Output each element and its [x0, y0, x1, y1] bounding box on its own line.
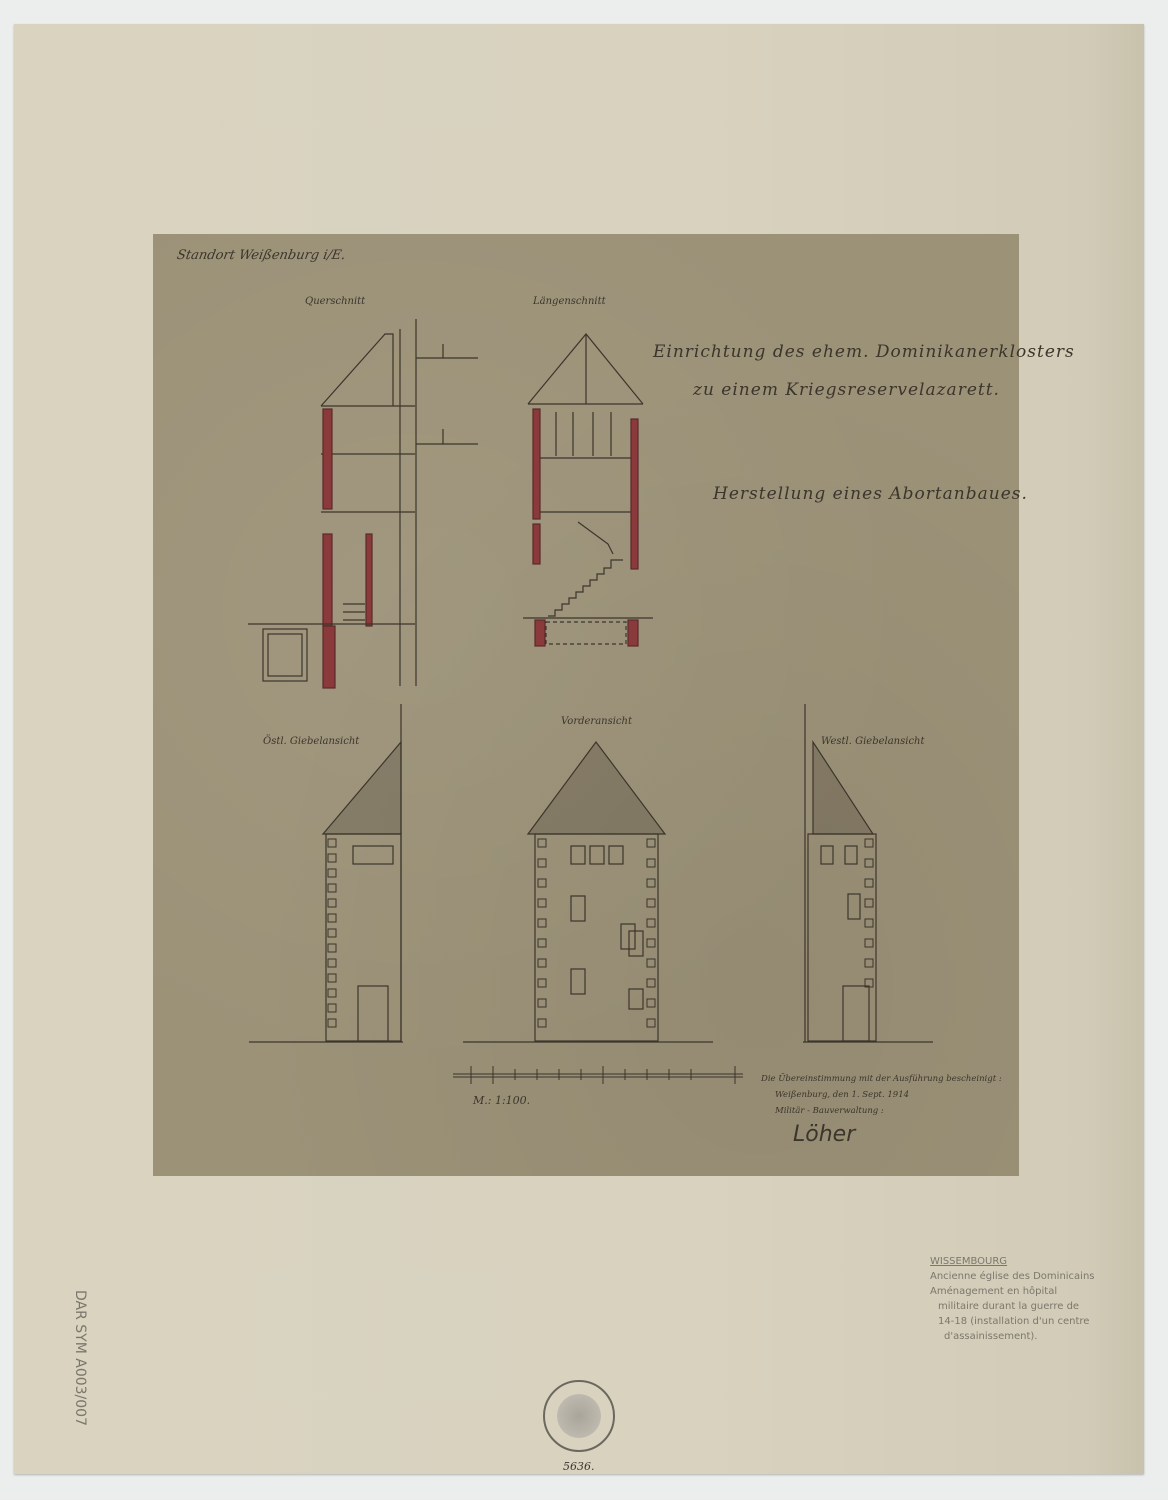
architectural-drawings [153, 234, 1019, 1176]
drawing-sheet: Standort Weißenburg i/E. Querschnitt Län… [153, 234, 1019, 1176]
archive-note-line: d'assainissement). [930, 1329, 1095, 1344]
archive-note-line: militaire durant la guerre de [930, 1299, 1095, 1314]
signature: Löher [793, 1122, 855, 1147]
certification-line-2: Weißenburg, den 1. Sept. 1914 [775, 1090, 909, 1100]
certification-line-3: Militär - Bauverwaltung : [775, 1106, 884, 1116]
archive-reference: DAR SYM A003/007 [72, 1290, 88, 1426]
archive-note-line: Aménagement en hôpital [930, 1284, 1095, 1299]
longitudinal-section-drawing [523, 334, 653, 646]
east-gable-elevation [249, 704, 403, 1042]
stamp-emblem-icon [557, 1394, 601, 1438]
archive-note-line: 14-18 (installation d'un centre [930, 1314, 1095, 1329]
inventory-number: 5636. [563, 1460, 595, 1473]
west-gable-elevation [803, 704, 933, 1042]
front-view-elevation [463, 742, 713, 1042]
cross-section-drawing [248, 319, 478, 688]
archive-note: WISSEMBOURG Ancienne église des Dominica… [930, 1254, 1095, 1344]
certification-line-1: Die Übereinstimmung mit der Ausführung b… [761, 1074, 1002, 1084]
scale-label: M.: 1:100. [473, 1094, 530, 1107]
scale-bar [453, 1066, 743, 1084]
archive-note-line: Ancienne église des Dominicains [930, 1269, 1095, 1284]
archive-note-place: WISSEMBOURG [930, 1254, 1095, 1269]
archive-stamp-icon [543, 1380, 615, 1452]
